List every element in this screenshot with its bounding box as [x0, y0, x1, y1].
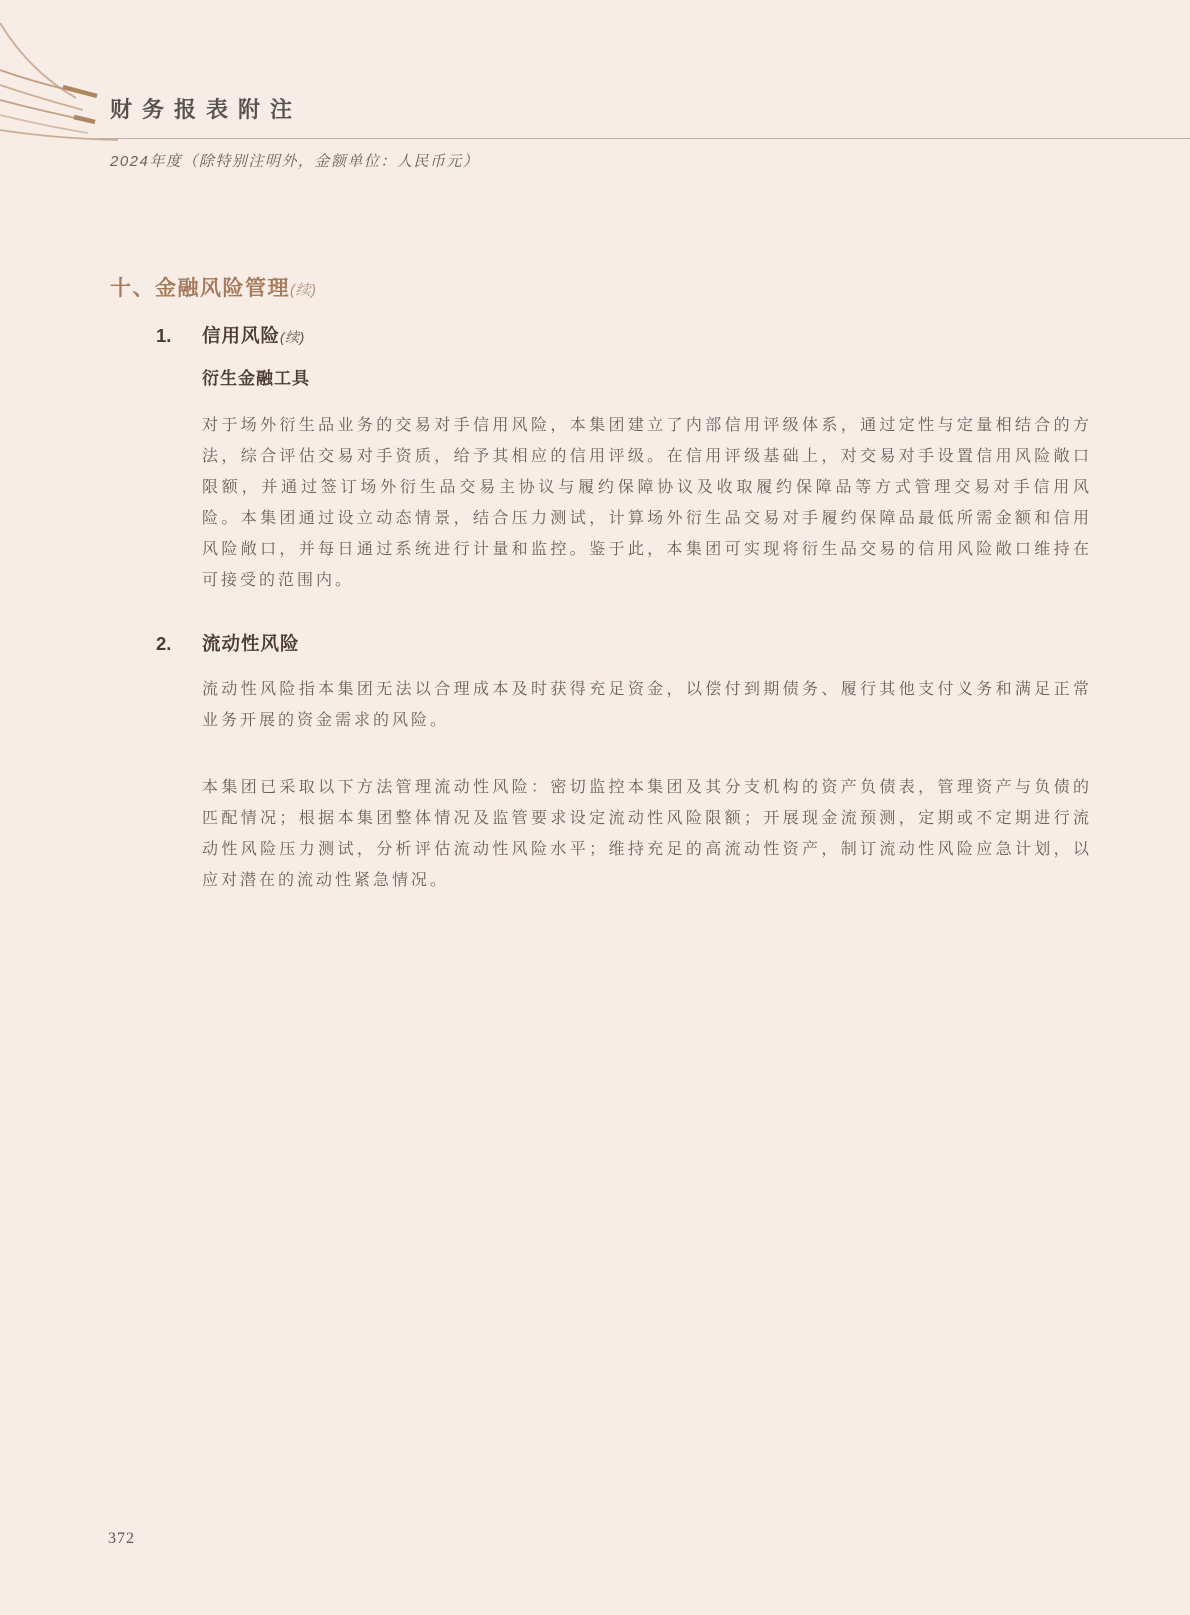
section-heading-text: 十、金融风险管理 [110, 277, 290, 300]
section-continued-note: (续) [290, 282, 317, 299]
item-1-number: 1. [156, 325, 202, 347]
corner-arcs-decoration [0, 0, 130, 150]
item-2-heading: 2.流动性风险 [156, 630, 300, 656]
item-1-heading: 1.信用风险(续) [156, 322, 305, 348]
document-page: 财务报表附注 2024年度（除特别注明外，金额单位：人民币元） 十、金融风险管理… [0, 0, 1190, 1615]
item-1-continued-note: (续) [280, 329, 305, 345]
page-number: 372 [108, 1530, 135, 1548]
item-2-title: 流动性风险 [202, 633, 300, 654]
derivatives-subheading: 衍生金融工具 [202, 364, 310, 389]
liquidity-risk-paragraph-1: 流动性风险指本集团无法以合理成本及时获得充足资金，以偿付到期债务、履行其他支付义… [202, 674, 1092, 736]
item-2-number: 2. [156, 633, 202, 655]
liquidity-risk-paragraph-2: 本集团已采取以下方法管理流动性风险：密切监控本集团及其分支机构的资产负债表，管理… [202, 772, 1092, 896]
credit-risk-paragraph: 对于场外衍生品业务的交易对手信用风险，本集团建立了内部信用评级体系，通过定性与定… [202, 410, 1092, 596]
section-heading: 十、金融风险管理(续) [110, 272, 317, 302]
page-title: 财务报表附注 [110, 93, 302, 124]
header-divider [95, 138, 1190, 139]
item-1-title: 信用风险 [202, 325, 280, 346]
report-period-note: 2024年度（除特别注明外，金额单位：人民币元） [110, 150, 479, 171]
